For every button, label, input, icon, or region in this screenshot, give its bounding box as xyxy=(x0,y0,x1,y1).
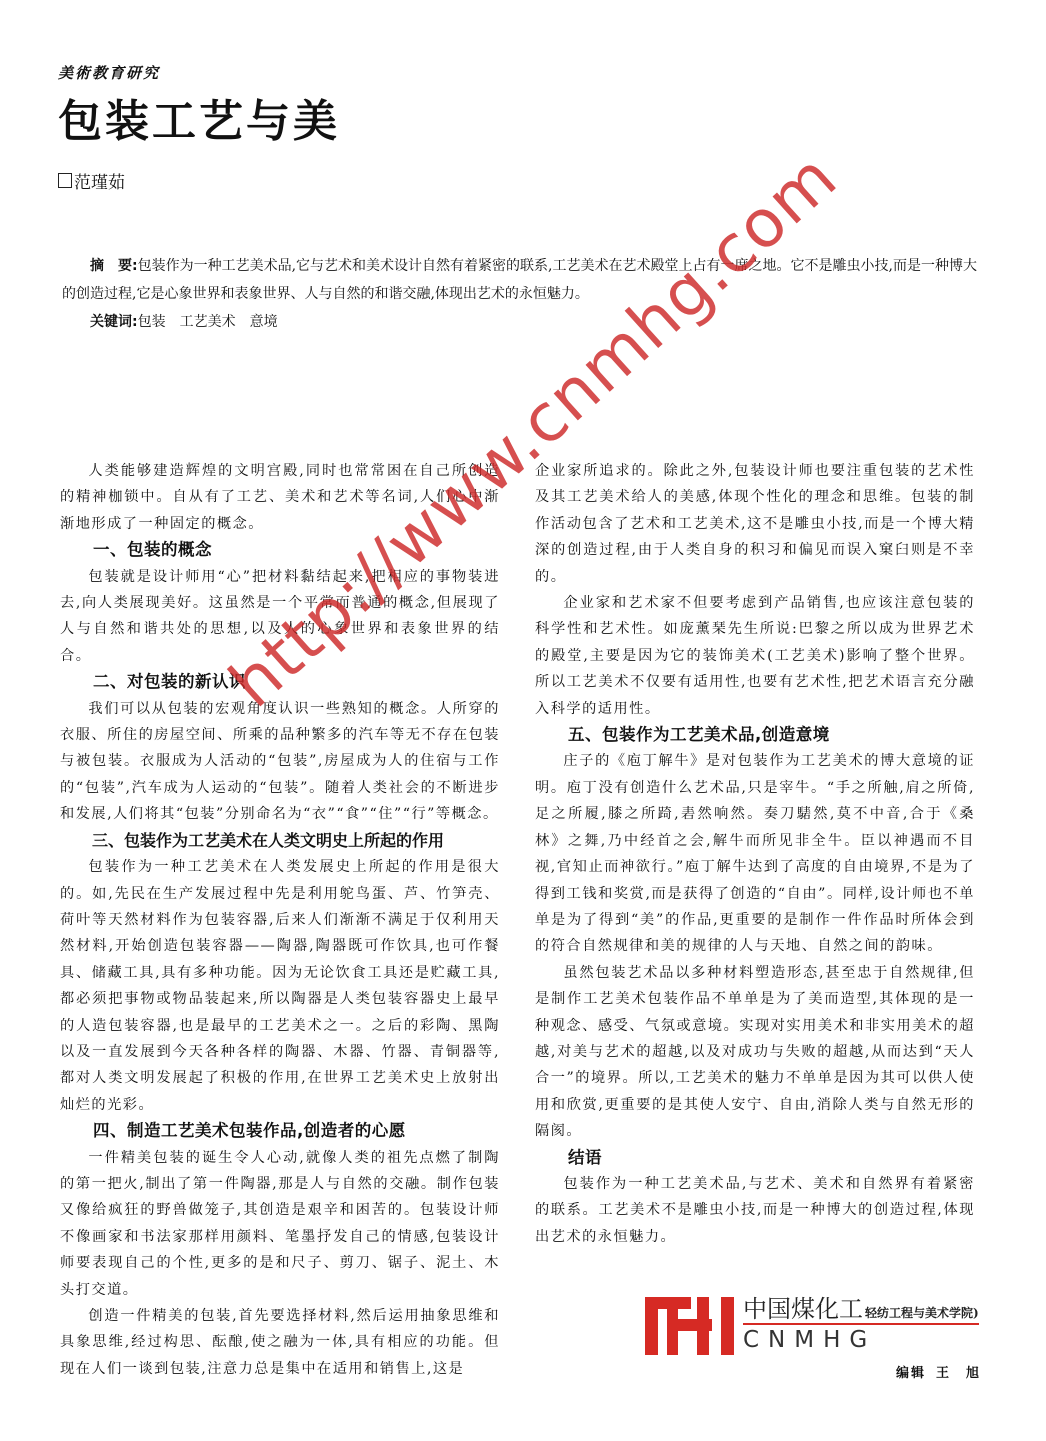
logo-cn-text: 中国煤化工 xyxy=(743,1295,863,1323)
section-5-paragraph-2: 虽然包装艺术品以多种材料塑造形态,甚至忠于自然规律,但是制作工艺美术包装作品不单… xyxy=(535,960,975,1145)
author-box-icon xyxy=(58,173,72,188)
abstract-paragraph: 摘 要:包装作为一种工艺美术品,它与艺术和美术设计自然有着紧密的联系,工艺美术在… xyxy=(62,252,982,308)
journal-name: 美術教育研究 xyxy=(58,62,160,83)
keywords-label: 关键词: xyxy=(90,314,138,330)
logo-text: 中国煤化工轻纺工程与美术学院) CNMHG xyxy=(743,1297,979,1355)
section-4-paragraph-1: 一件精美包装的诞生令人心动,就像人类的祖先点燃了制陶的第一把火,制出了第一件陶器… xyxy=(60,1145,500,1303)
left-column: 人类能够建造辉煌的文明宫殿,同时也常常困在自己所创造的精神枷锁中。自从有了工艺、… xyxy=(60,458,500,1382)
section-4-paragraph-2: 创造一件精美的包装,首先要选择材料,然后运用抽象思维和具象思维,经过构思、酝酿,… xyxy=(60,1303,500,1382)
logo-english-name: CNMHG xyxy=(743,1325,979,1355)
section-4-heading: 四、制造工艺美术包装作品,创造者的心愿 xyxy=(60,1118,500,1144)
section-3-paragraph: 包装作为一种工艺美术在人类发展史上所起的作用是很大的。如,先民在生产发展过程中先… xyxy=(60,854,500,1118)
section-4-paragraph-3: 企业家和艺术家不但要考虑到产品销售,也应该注意包装的科学性和艺术性。如庞薰琹先生… xyxy=(535,590,975,722)
mh-logo-icon xyxy=(645,1297,737,1355)
author-line: 范瑾茹 xyxy=(58,168,125,193)
abstract-text: 包装作为一种工艺美术品,它与艺术和美术设计自然有着紧密的联系,工艺美术在艺术殿堂… xyxy=(62,258,977,302)
right-column: 企业家所追求的。除此之外,包装设计师也要注重包装的艺术性及其工艺美术给人的美感,… xyxy=(535,458,975,1250)
abstract-block: 摘 要:包装作为一种工艺美术品,它与艺术和美术设计自然有着紧密的联系,工艺美术在… xyxy=(62,252,982,336)
logo-chinese-name: 中国煤化工轻纺工程与美术学院) xyxy=(743,1297,979,1325)
section-5-heading: 五、包装作为工艺美术品,创造意境 xyxy=(535,722,975,748)
affiliation-logo: 中国煤化工轻纺工程与美术学院) CNMHG xyxy=(645,1297,979,1355)
section-2-paragraph: 我们可以从包装的宏观角度认识一些熟知的概念。人所穿的衣服、所住的房屋空间、所乘的… xyxy=(60,696,500,828)
intro-paragraph: 人类能够建造辉煌的文明宫殿,同时也常常困在自己所创造的精神枷锁中。自从有了工艺、… xyxy=(60,458,500,537)
keywords-line: 关键词:包装 工艺美术 意境 xyxy=(62,308,982,336)
editor-label: 编辑 xyxy=(896,1366,926,1381)
author-name: 范瑾茹 xyxy=(74,168,125,193)
article-title: 包装工艺与美 xyxy=(58,100,340,144)
editor-credit: 编辑王 旭 xyxy=(896,1362,981,1381)
affiliation-suffix: 轻纺工程与美术学院) xyxy=(865,1306,979,1320)
keywords-text: 包装 工艺美术 意境 xyxy=(138,314,278,330)
section-1-paragraph: 包装就是设计师用“心”把材料黏结起来,把相应的事物装进去,向人类展现美好。这虽然… xyxy=(60,564,500,670)
section-1-heading: 一、包装的概念 xyxy=(60,537,500,563)
editor-name: 王 旭 xyxy=(936,1366,981,1381)
abstract-label: 摘 要: xyxy=(90,258,138,274)
conclusion-paragraph: 包装作为一种工艺美术品,与艺术、美术和自然界有着紧密的联系。工艺美术不是雕虫小技… xyxy=(535,1171,975,1250)
continued-paragraph: 企业家所追求的。除此之外,包装设计师也要注重包装的艺术性及其工艺美术给人的美感,… xyxy=(535,458,975,590)
section-3-heading: 三、包装作为工艺美术在人类文明史上所起的作用 xyxy=(60,828,500,854)
section-5-paragraph-1: 庄子的《庖丁解牛》是对包装作为工艺美术的博大意境的证明。庖丁没有创造什么艺术品,… xyxy=(535,748,975,959)
conclusion-heading: 结语 xyxy=(535,1145,975,1171)
section-2-heading: 二、对包装的新认识 xyxy=(60,669,500,695)
